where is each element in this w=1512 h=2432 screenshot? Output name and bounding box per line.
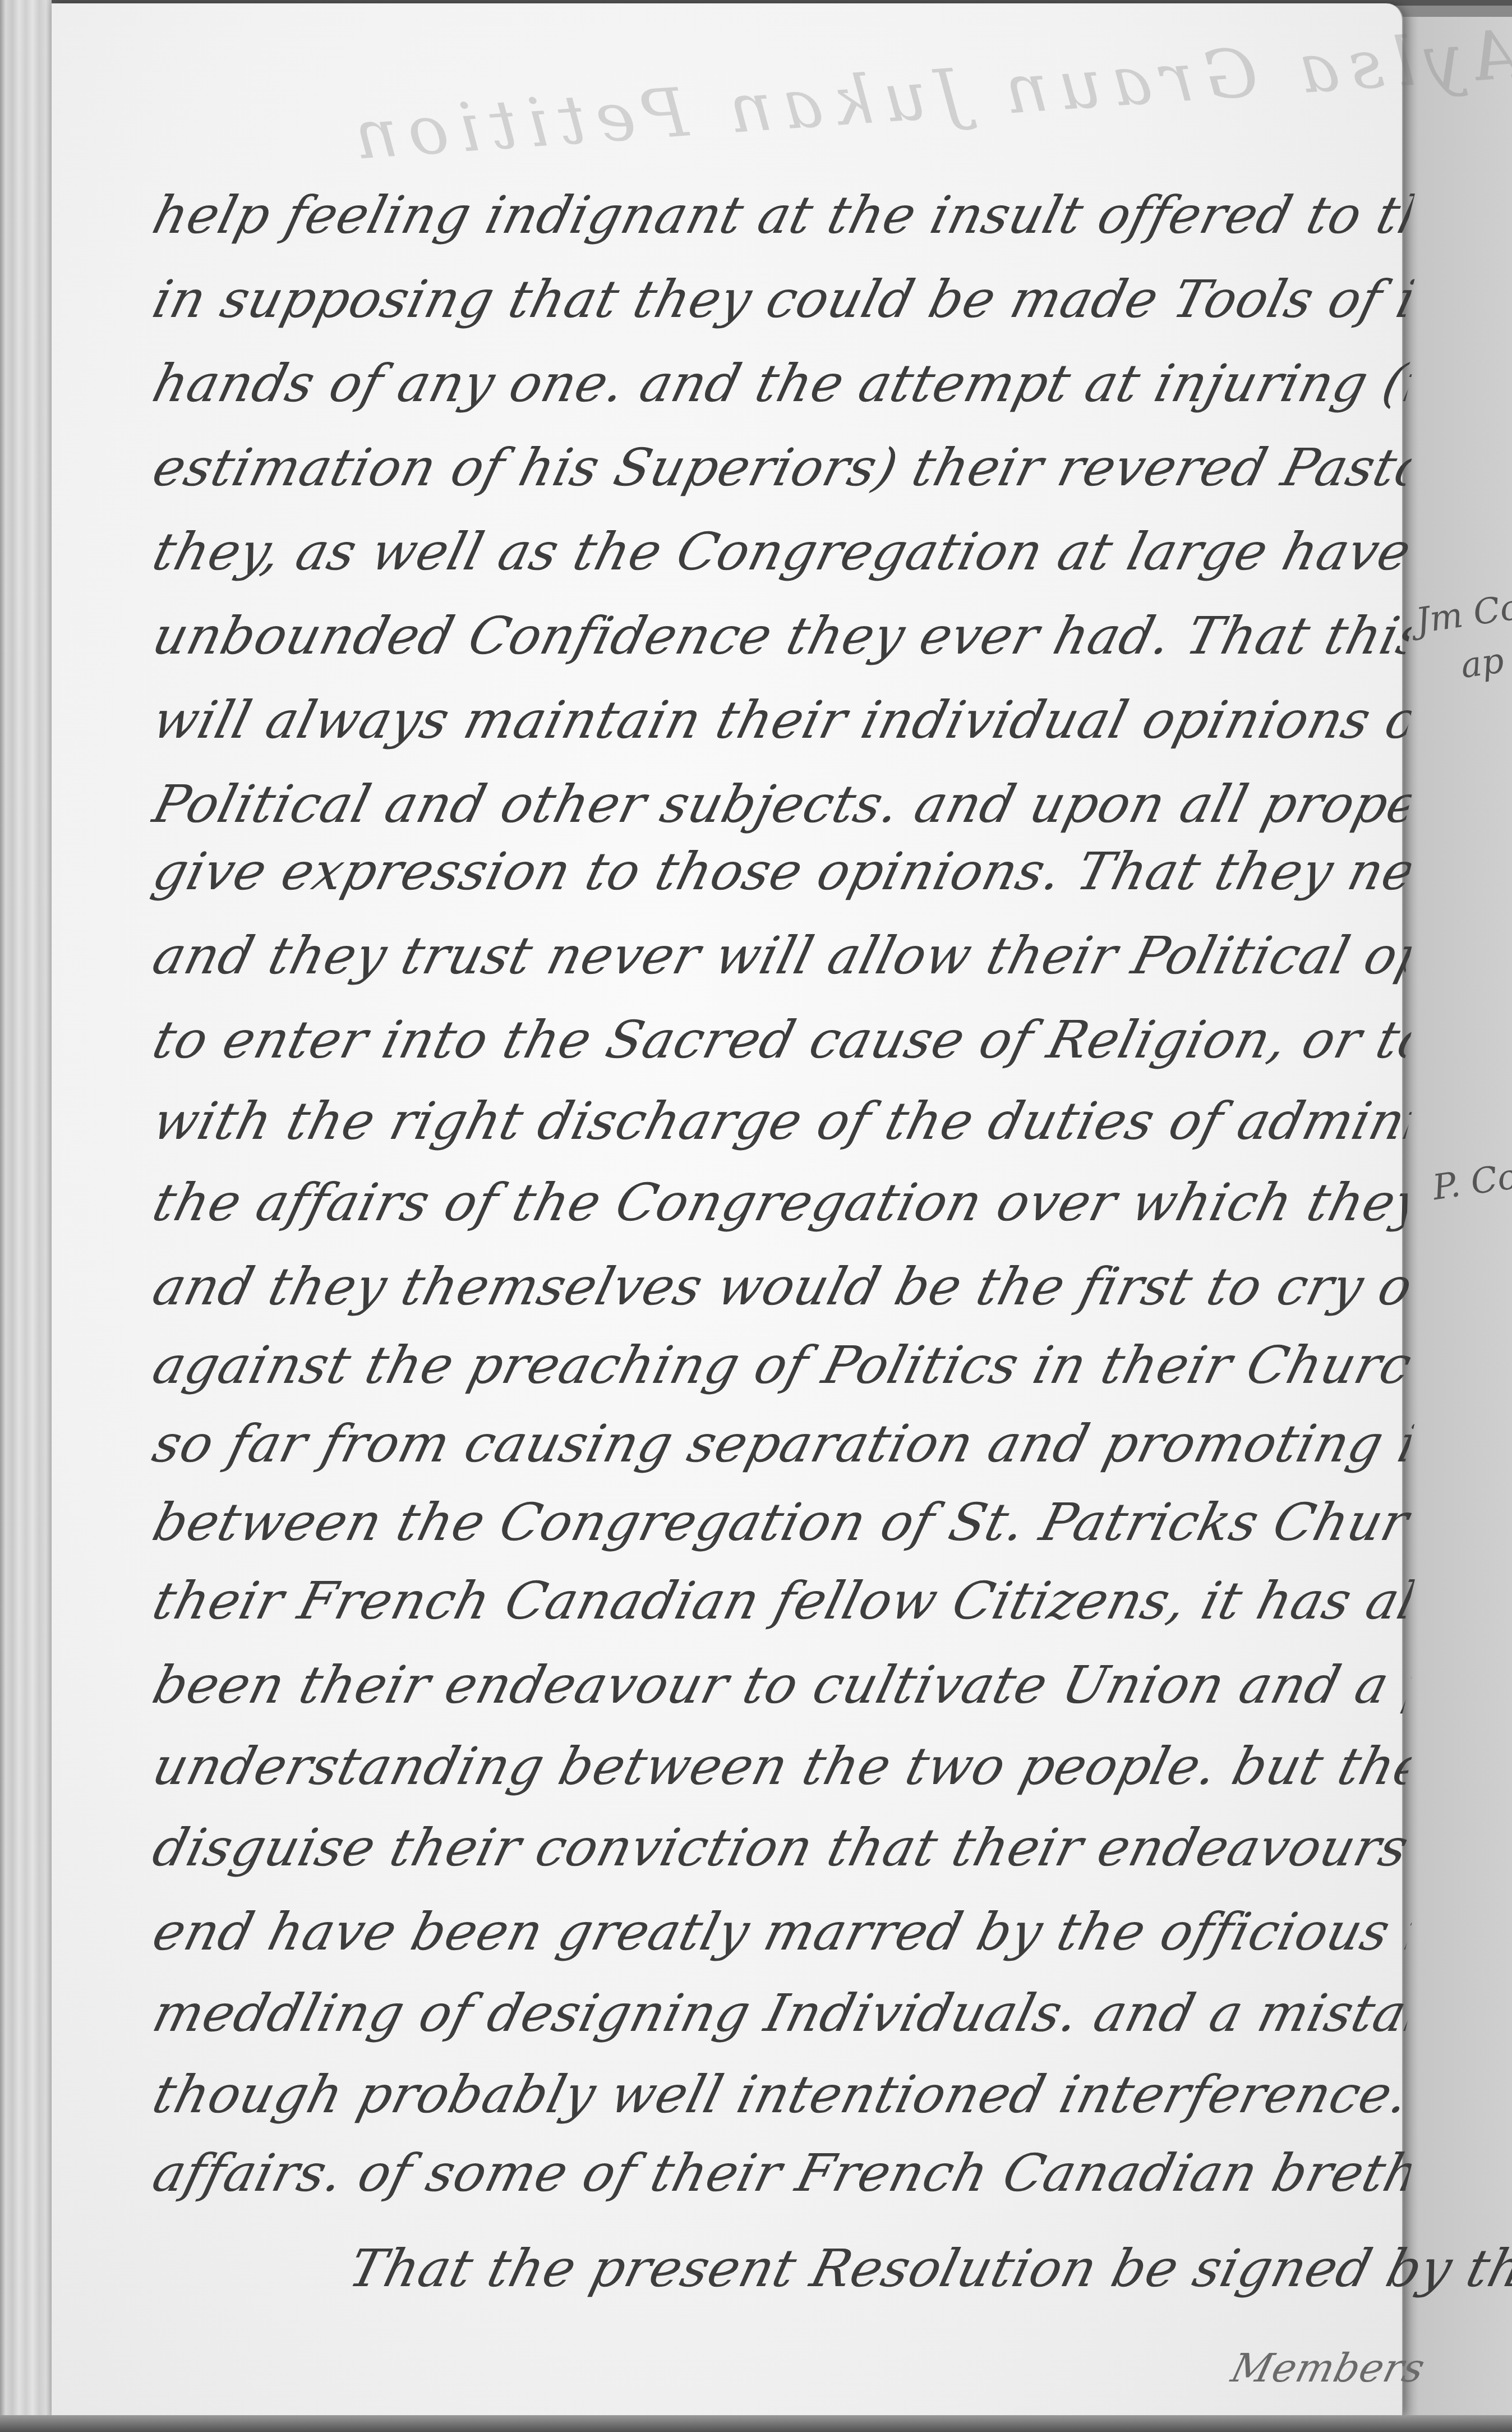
bottom-edge xyxy=(0,2415,1512,2432)
book-binding xyxy=(0,0,52,2432)
text-line: help feeling indignant at the insult off… xyxy=(147,185,1417,245)
text-line: meddling of designing Individuals. and a… xyxy=(147,1983,1417,2043)
text-line: end have been greatly marred by the offi… xyxy=(147,1902,1417,1962)
margin-note-1: Jm Co xyxy=(1413,586,1512,641)
bleed-through-heading: Aylsa Graun Jukan Petition xyxy=(342,16,1512,176)
text-line: to enter into the Sacred cause of Religi… xyxy=(147,1010,1417,1070)
text-line: the affairs of the Congregation over whi… xyxy=(147,1173,1417,1233)
text-line: will always maintain their individual op… xyxy=(147,690,1417,750)
text-line: with the right discharge of the duties o… xyxy=(147,1091,1417,1151)
text-line: disguise their conviction that their end… xyxy=(147,1818,1417,1878)
text-line: and they trust never will allow their Po… xyxy=(147,926,1417,986)
margin-note-2: P. Co xyxy=(1430,1155,1512,1208)
text-line: though probably well intentioned interfe… xyxy=(147,2065,1417,2125)
text-line: hands of any one. and the attempt at inj… xyxy=(147,353,1417,413)
catchword: Members xyxy=(1227,2345,1430,2391)
text-line: between the Congregation of St. Patricks… xyxy=(147,1492,1417,1552)
text-line: against the preaching of Politics in the… xyxy=(147,1335,1417,1395)
text-line: in supposing that they could be made Too… xyxy=(147,269,1417,329)
text-line-resolution: That the present Resolution be signed by… xyxy=(343,2238,1512,2298)
adjacent-page-strip: Jm Co ap P. Co xyxy=(1402,17,1512,2424)
text-line: give expression to those opinions. That … xyxy=(147,842,1417,902)
text-line: their French Canadian fellow Citizens, i… xyxy=(147,1571,1417,1631)
text-line: and they themselves would be the first t… xyxy=(147,1257,1417,1317)
text-line: they, as well as the Congregation at lar… xyxy=(147,522,1417,582)
text-line: affairs. of some of their French Canadia… xyxy=(147,2143,1417,2203)
text-line: Political and other subjects. and upon a… xyxy=(147,774,1417,834)
margin-note-1b: ap xyxy=(1458,640,1506,686)
text-line: understanding between the two people. bu… xyxy=(147,1736,1417,1796)
text-line: so far from causing separation and promo… xyxy=(147,1414,1417,1474)
manuscript-scan: Jm Co ap P. Co Aylsa Graun Jukan Petitio… xyxy=(0,0,1512,2432)
text-line: unbounded Confidence they ever had. That… xyxy=(147,606,1417,666)
text-line: been their endeavour to cultivate Union … xyxy=(147,1655,1417,1715)
text-line: estimation of his Superiors) their rever… xyxy=(147,438,1417,498)
